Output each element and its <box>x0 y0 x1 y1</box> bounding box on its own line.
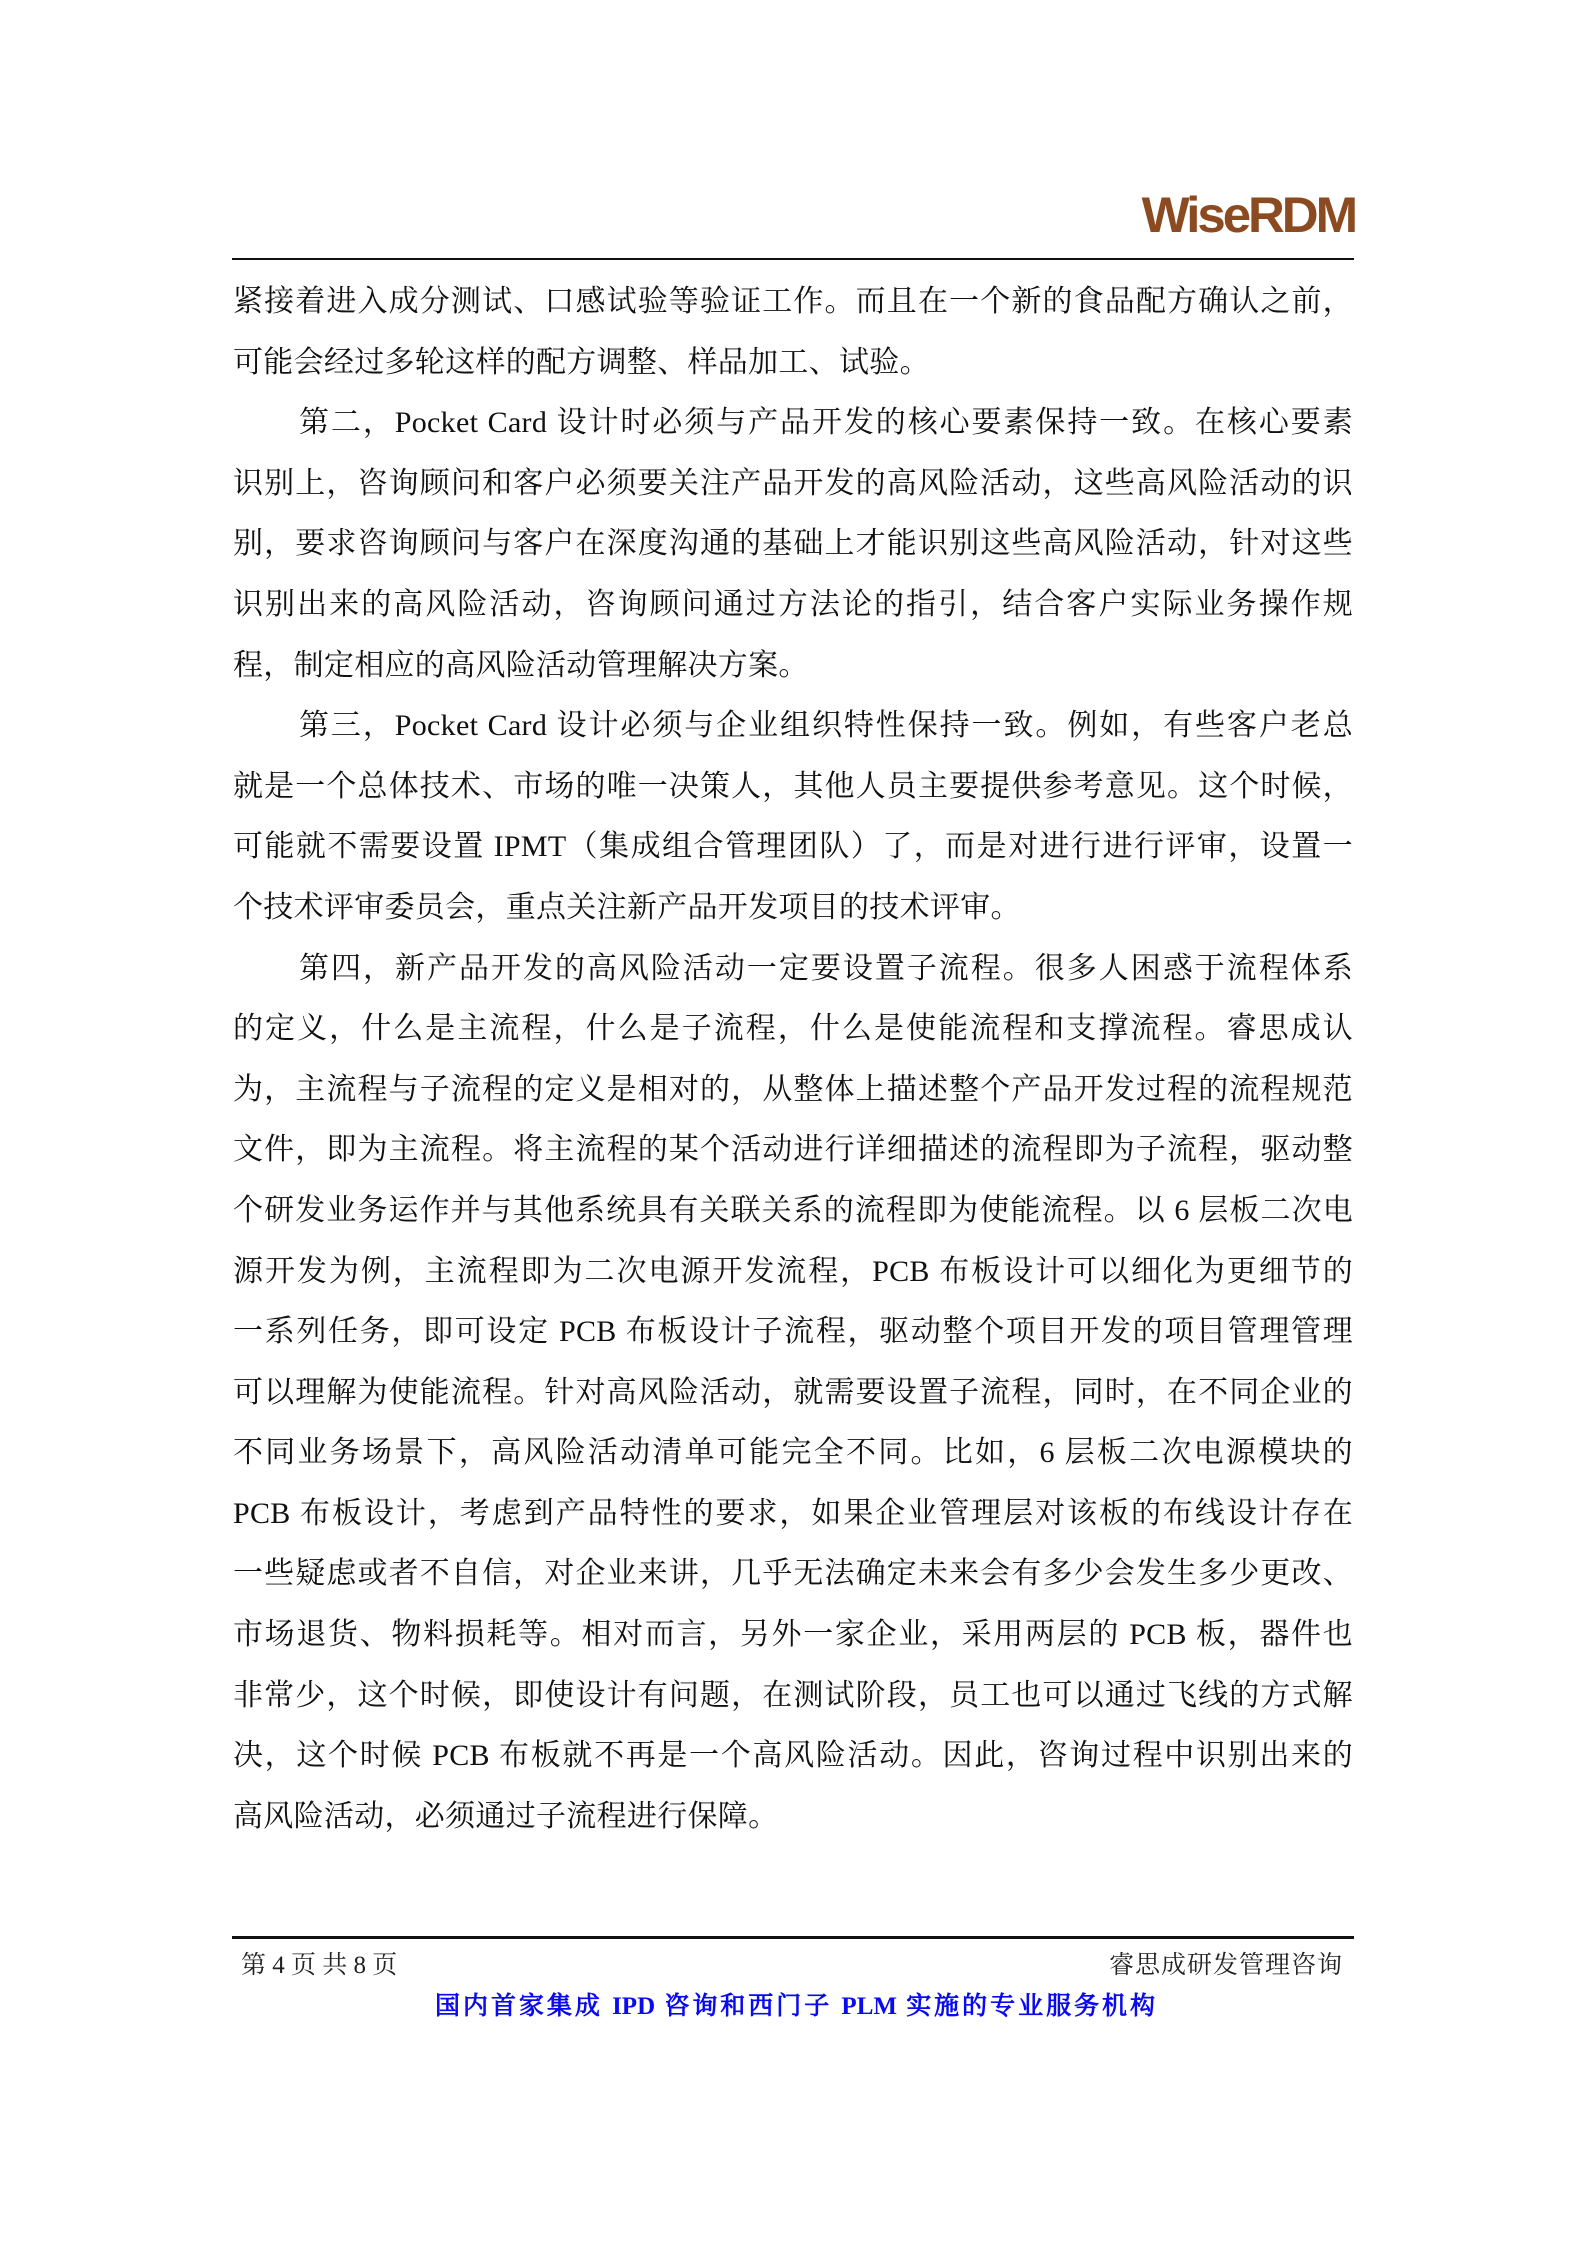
text-line: 可能会经过多轮这样的配方调整、样品加工、试验。 <box>233 333 1353 394</box>
footer-slogan: 国内首家集成 IPD 咨询和西门子 PLM 实施的专业服务机构 <box>435 1991 1155 2023</box>
page-number: 第 4 页 共 8 页 <box>241 1950 397 1982</box>
footer-divider <box>232 1936 1354 1939</box>
text-line: 个研发业务运作并与其他系统具有关联关系的流程即为使能流程。以 6 层板二次电 <box>233 1181 1353 1242</box>
text-line: 就是一个总体技术、市场的唯一决策人，其他人员主要提供参考意见。这个时候， <box>233 757 1353 818</box>
text-line: 程，制定相应的高风险活动管理解决方案。 <box>233 636 1353 697</box>
text-line: 文件，即为主流程。将主流程的某个活动进行详细描述的流程即为子流程，驱动整 <box>233 1120 1353 1181</box>
text-line: 紧接着进入成分测试、口感试验等验证工作。而且在一个新的食品配方确认之前， <box>233 272 1353 333</box>
text-line: 识别出来的高风险活动，咨询顾问通过方法论的指引，结合客户实际业务操作规 <box>233 575 1353 636</box>
text-line: 可能就不需要设置 IPMT（集成组合管理团队）了，而是对进行进行评审，设置一 <box>233 817 1353 878</box>
text-line: 为，主流程与子流程的定义是相对的，从整体上描述整个产品开发过程的流程规范 <box>233 1060 1353 1121</box>
text-line: 识别上，咨询顾问和客户必须要关注产品开发的高风险活动，这些高风险活动的识 <box>233 454 1353 515</box>
text-line: 源开发为例，主流程即为二次电源开发流程，PCB 布板设计可以细化为更细节的 <box>233 1242 1353 1303</box>
text-line: 第二，Pocket Card 设计时必须与产品开发的核心要素保持一致。在核心要素 <box>233 393 1353 454</box>
text-line: 高风险活动，必须通过子流程进行保障。 <box>233 1787 1353 1848</box>
text-line: 一系列任务，即可设定 PCB 布板设计子流程，驱动整个项目开发的项目管理管理 <box>233 1302 1353 1363</box>
footer-company-name: 睿思成研发管理咨询 <box>1109 1950 1343 1982</box>
text-line: PCB 布板设计，考虑到产品特性的要求，如果企业管理层对该板的布线设计存在 <box>233 1484 1353 1545</box>
wiserdm-logo: WiseRDM <box>1047 190 1355 240</box>
text-line: 一些疑虑或者不自信，对企业来讲，几乎无法确定未来会有多少会发生多少更改、 <box>233 1544 1353 1605</box>
document-page: WiseRDM 紧接着进入成分测试、口感试验等验证工作。而且在一个新的食品配方确… <box>0 0 1586 2244</box>
text-line: 第三，Pocket Card 设计必须与企业组织特性保持一致。例如，有些客户老总 <box>233 696 1353 757</box>
text-line: 市场退货、物料损耗等。相对而言，另外一家企业，采用两层的 PCB 板，器件也 <box>233 1605 1353 1666</box>
text-line: 第四，新产品开发的高风险活动一定要设置子流程。很多人困惑于流程体系 <box>233 939 1353 1000</box>
header-divider <box>232 258 1354 260</box>
text-line: 决，这个时候 PCB 布板就不再是一个高风险活动。因此，咨询过程中识别出来的 <box>233 1726 1353 1787</box>
text-line: 非常少，这个时候，即使设计有问题，在测试阶段，员工也可以通过飞线的方式解 <box>233 1666 1353 1727</box>
text-line: 的定义，什么是主流程，什么是子流程，什么是使能流程和支撑流程。睿思成认 <box>233 999 1353 1060</box>
text-line: 可以理解为使能流程。针对高风险活动，就需要设置子流程，同时，在不同企业的 <box>233 1363 1353 1424</box>
text-line: 个技术评审委员会，重点关注新产品开发项目的技术评审。 <box>233 878 1353 939</box>
text-line: 不同业务场景下，高风险活动清单可能完全不同。比如，6 层板二次电源模块的 <box>233 1423 1353 1484</box>
body-text: 紧接着进入成分测试、口感试验等验证工作。而且在一个新的食品配方确认之前， 可能会… <box>233 272 1353 1847</box>
text-line: 别，要求咨询顾问与客户在深度沟通的基础上才能识别这些高风险活动，针对这些 <box>233 514 1353 575</box>
